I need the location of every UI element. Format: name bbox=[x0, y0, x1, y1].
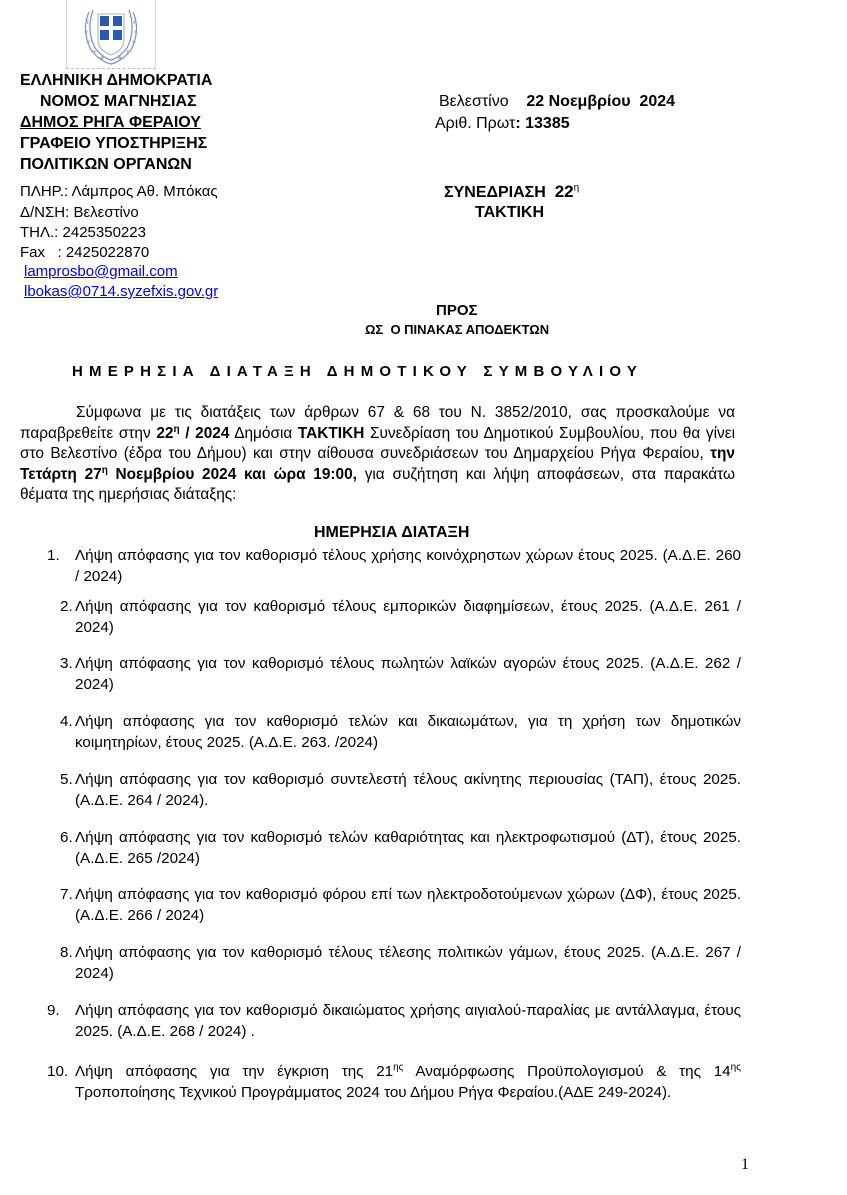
agenda-title: ΗΜΕΡΗΣΙΑ ΔΙΑΤΑΞΗ bbox=[314, 524, 469, 542]
contact-fax: Fax : 2425022870 bbox=[20, 243, 149, 263]
agenda-item: 9.Λήψη απόφασης για τον καθορισμό δικαιώ… bbox=[75, 1000, 741, 1042]
letterhead-office-line1: ΓΡΑΦΕΙΟ ΥΠΟΣΤΗΡΙΞΗΣ bbox=[20, 133, 207, 154]
letterhead-country: ΕΛΛΗΝΙΚΗ ΔΗΜΟΚΡΑΤΙΑ bbox=[20, 70, 212, 91]
meeting-time: Νοεμβρίου 2024 και ώρα 19:00, bbox=[108, 466, 357, 483]
session-ref: 22 bbox=[156, 425, 173, 442]
session-label: ΣΥΝΕΔΡΙΑΣΗ bbox=[444, 184, 546, 201]
to-value: ΩΣ Ο ΠΙΝΑΚΑΣ ΑΠΟΔΕΚΤΩΝ bbox=[365, 322, 549, 337]
agenda-item: 5.Λήψη απόφασης για τον καθορισμό συντελ… bbox=[75, 769, 741, 811]
greek-coat-of-arms-icon bbox=[67, 0, 155, 68]
intro-paragraph: Σύμφωνα με τις διατάξεις των άρθρων 67 &… bbox=[20, 403, 735, 506]
protocol-line: Αριθ. Πρωτ: 13385 bbox=[435, 114, 570, 134]
agenda-item: 10.Λήψη απόφασης για την έγκριση της 21η… bbox=[75, 1061, 741, 1103]
session-line: ΣΥΝΕΔΡΙΑΣΗ 22η bbox=[444, 182, 579, 202]
coat-of-arms-frame bbox=[66, 0, 156, 69]
protocol-number: : 13385 bbox=[515, 115, 569, 132]
agenda-item: 2.Λήψη απόφασης για τον καθορισμό τέλους… bbox=[75, 596, 741, 638]
to-label: ΠΡΟΣ bbox=[436, 302, 478, 319]
letterhead-office-line2: ΠΟΛΙΤΙΚΩΝ ΟΡΓΑΝΩΝ bbox=[20, 154, 192, 175]
session-number: 22 bbox=[555, 182, 574, 201]
session-type: ΤΑΚΤΙΚΗ bbox=[475, 204, 544, 222]
place: Βελεστίνο bbox=[439, 93, 509, 110]
document-title: ΗΜΕΡΗΣΙΑ ΔΙΑΤΑΞΗ ΔΗΜΟΤΙΚΟΥ ΣΥΜΒΟΥΛΙΟΥ bbox=[72, 363, 643, 380]
contact-person: ΠΛΗΡ.: Λάμπρος Αθ. Μπόκας bbox=[20, 182, 218, 202]
date: 22 Νοεμβρίου 2024 bbox=[526, 93, 675, 110]
email-link-syzefxis[interactable]: lbokas@0714.syzefxis.gov.gr bbox=[24, 283, 218, 300]
letterhead-prefecture: ΝΟΜΟΣ ΜΑΓΝΗΣΙΑΣ bbox=[40, 91, 197, 112]
page-number: 1 bbox=[741, 1156, 749, 1174]
email-link-gmail[interactable]: lamprosbo@gmail.com bbox=[24, 263, 178, 280]
protocol-label: Αριθ. Πρωτ bbox=[435, 115, 515, 132]
date-line: Βελεστίνο 22 Νοεμβρίου 2024 bbox=[439, 92, 675, 112]
agenda-item: 4.Λήψη απόφασης για τον καθορισμό τελών … bbox=[75, 711, 741, 753]
contact-address: Δ/ΝΣΗ: Βελεστίνο bbox=[20, 203, 139, 223]
agenda-item: 6.Λήψη απόφασης για τον καθορισμό τελών … bbox=[75, 827, 741, 869]
agenda-item: 1.Λήψη απόφασης για τον καθορισμό τέλους… bbox=[75, 545, 741, 587]
session-suffix: η bbox=[574, 183, 580, 194]
contact-phone: ΤΗΛ.: 2425350223 bbox=[20, 223, 146, 243]
letterhead-municipality: ΔΗΜΟΣ ΡΗΓΑ ΦΕΡΑΙΟΥ bbox=[20, 112, 201, 133]
agenda-item: 3.Λήψη απόφασης για τον καθορισμό τέλους… bbox=[75, 653, 741, 695]
agenda-item: 8.Λήψη απόφασης για τον καθορισμό τέλους… bbox=[75, 942, 741, 984]
agenda-item: 7.Λήψη απόφασης για τον καθορισμό φόρου … bbox=[75, 884, 741, 926]
